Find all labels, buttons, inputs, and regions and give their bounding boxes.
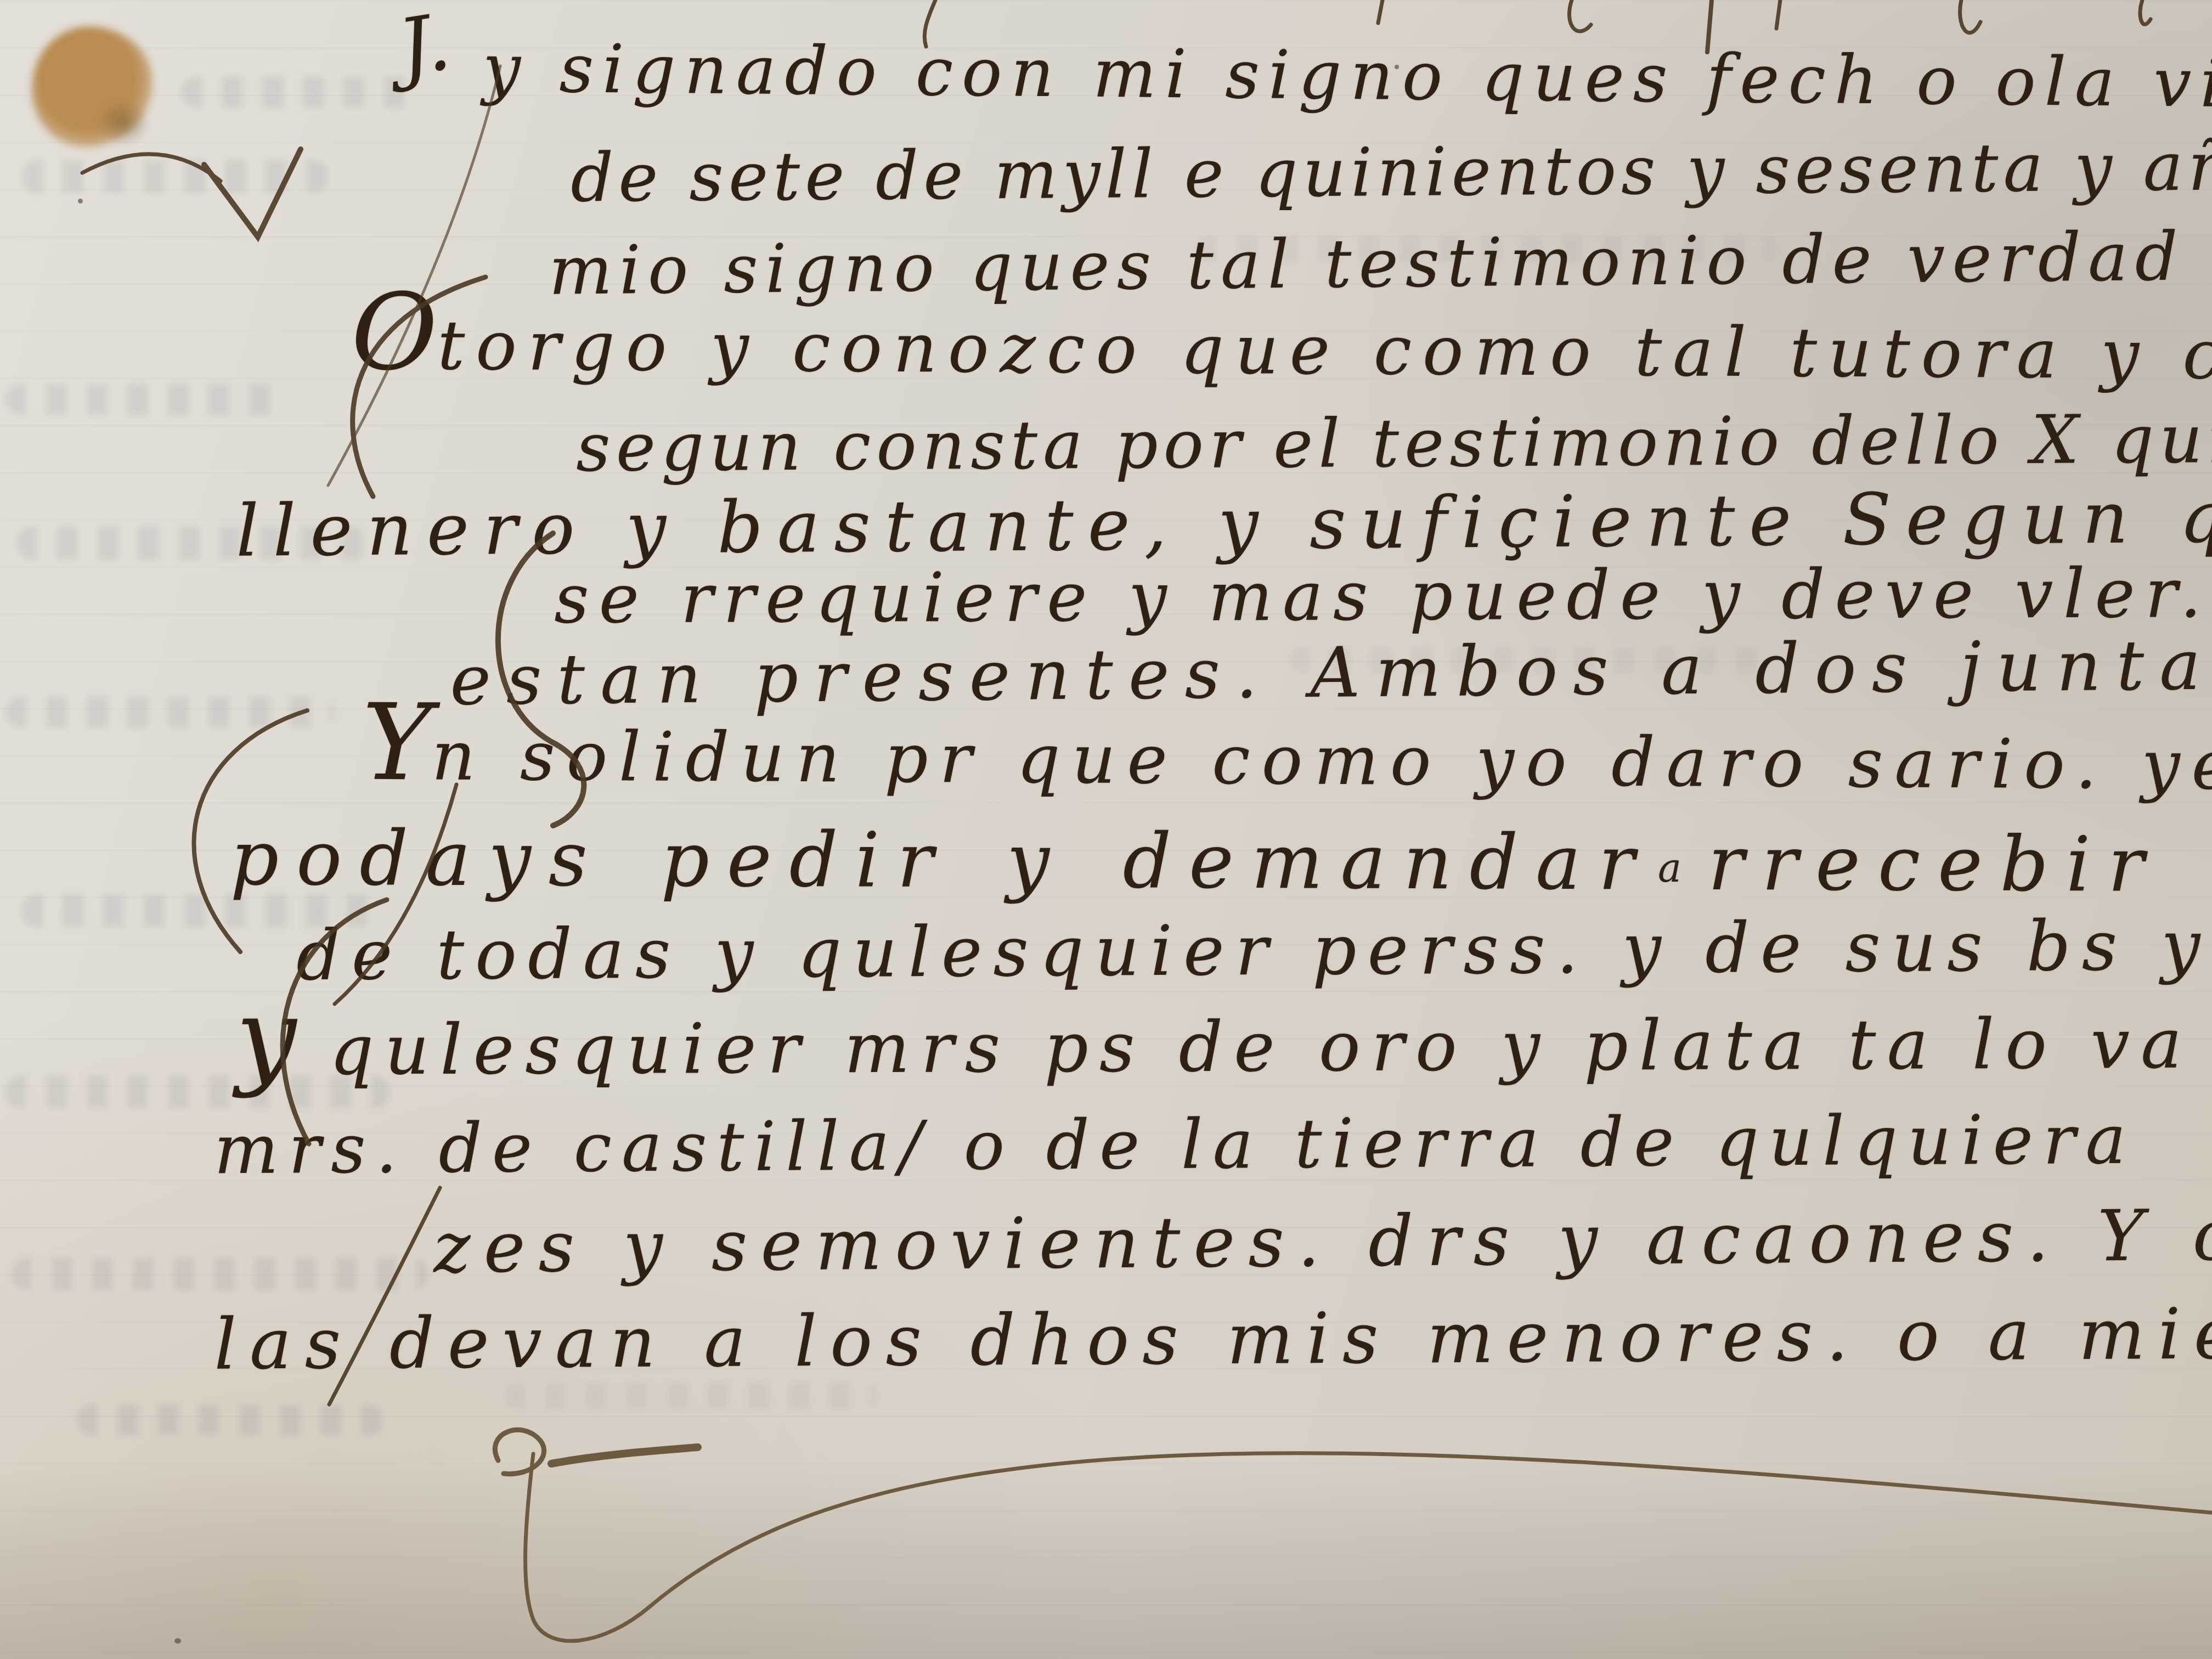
rubric-paraph: [495, 1430, 2212, 1641]
manuscript-page: J. a y signado con mi signo ques fech o …: [0, 0, 2212, 1659]
pen-flourishes: [0, 0, 2212, 1659]
margin-arc: [82, 154, 221, 181]
check-mark-icon: [204, 149, 301, 237]
